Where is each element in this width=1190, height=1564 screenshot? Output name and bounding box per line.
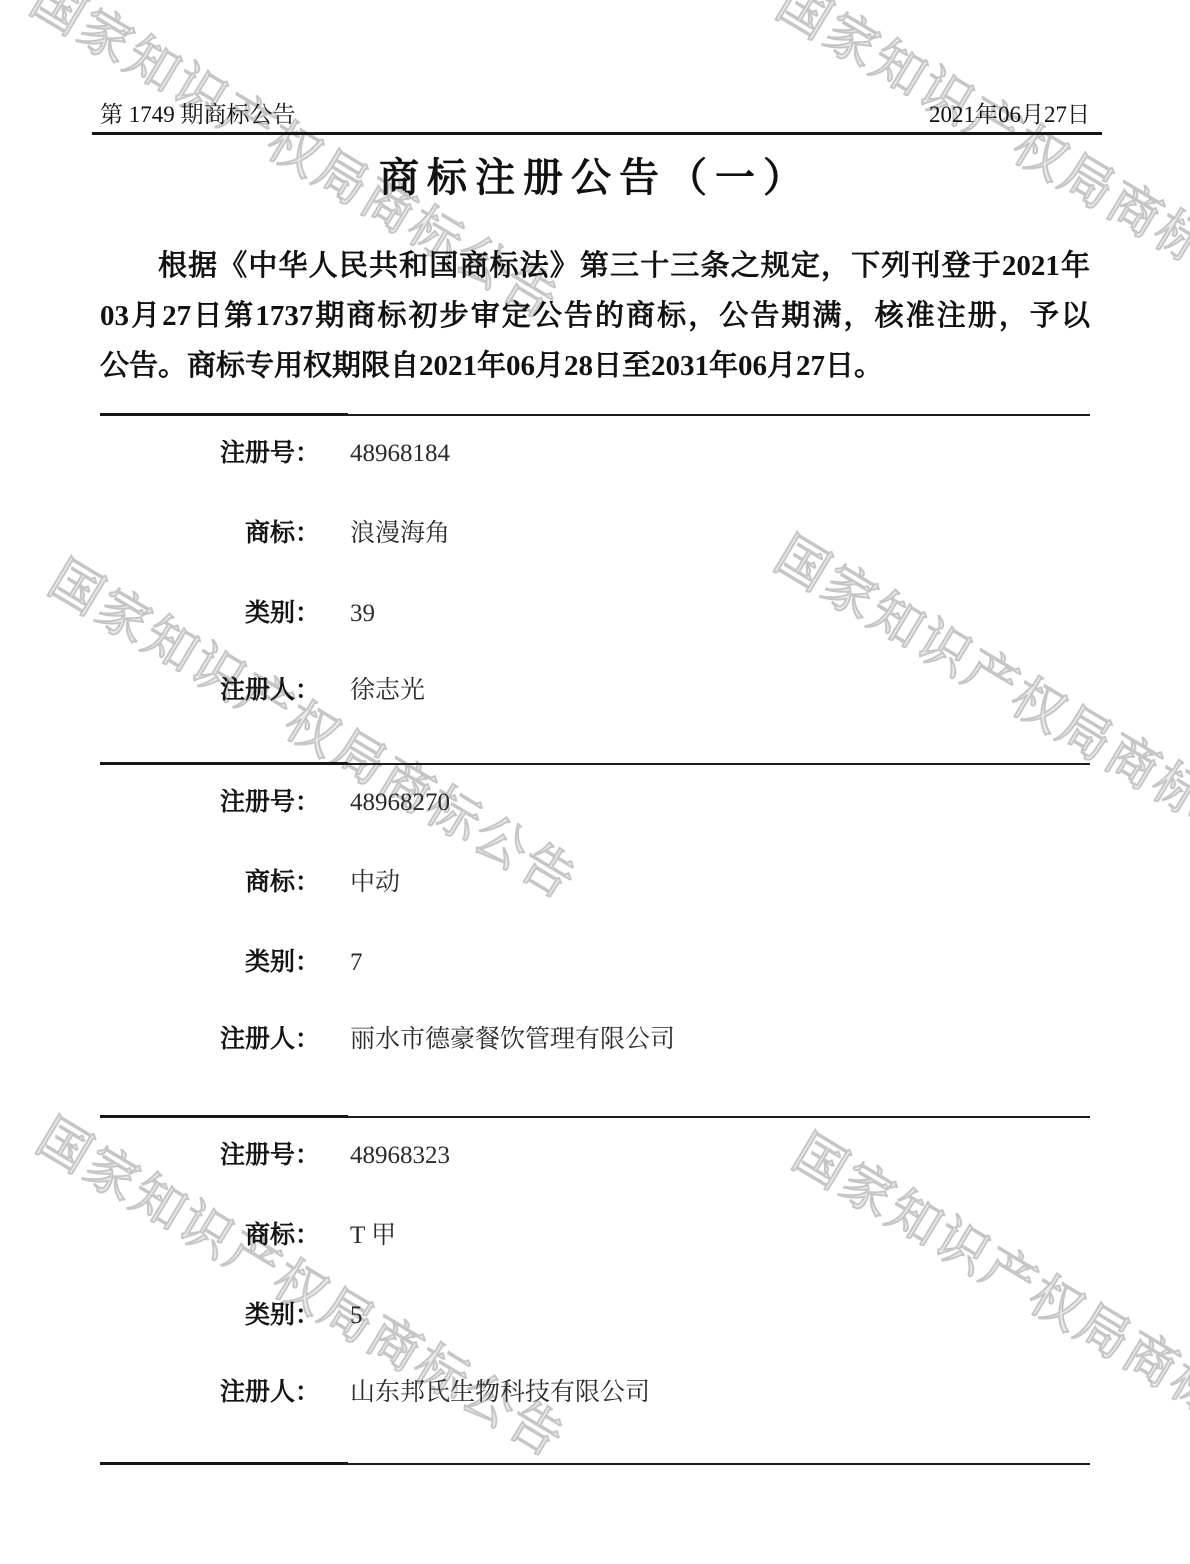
field-row-trademark: 商标： 浪漫海角 — [100, 513, 1090, 549]
field-row-trademark: 商标： 中动 — [100, 862, 1090, 898]
gazette-date: 2021年06月27日 — [929, 96, 1090, 129]
divider-segment — [344, 1463, 1090, 1465]
field-row-registration-number: 注册号： 48968184 — [100, 433, 1090, 469]
field-value: 丽水市德豪餐饮管理有限公司 — [350, 1019, 675, 1055]
header-rule — [92, 132, 1102, 135]
field-row-registrant: 注册人： 山东邦氏生物科技有限公司 — [100, 1372, 1090, 1408]
field-label: 注册号： — [100, 1135, 320, 1171]
field-row-class: 类别： 39 — [100, 593, 1090, 629]
divider-segment — [344, 414, 1090, 416]
divider-segment — [100, 413, 348, 416]
field-row-class: 类别： 7 — [100, 942, 1090, 978]
field-value: 山东邦氏生物科技有限公司 — [350, 1372, 650, 1408]
field-value: 7 — [350, 949, 363, 977]
gazette-issue-label: 第 1749 期商标公告 — [100, 96, 296, 129]
field-label: 注册号： — [100, 782, 320, 818]
divider-segment — [100, 1115, 348, 1118]
field-value: 5 — [350, 1302, 363, 1330]
divider-segment — [100, 1462, 348, 1465]
field-value: 48968270 — [350, 789, 450, 817]
intro-line: 公告。商标专用权期限自2021年06月28日至2031年06月27日。 — [100, 341, 1090, 391]
intro-line: 根据《中华人民共和国商标法》第三十三条之规定，下列刊登于2021年 — [100, 241, 1090, 291]
trademark-record: 注册号： 48968184 商标： 浪漫海角 类别： 39 注册人： 徐志光 — [100, 413, 1090, 762]
field-label: 注册人： — [100, 1372, 320, 1408]
field-label: 注册人： — [100, 670, 320, 706]
field-value: T 甲 — [350, 1215, 396, 1251]
field-value: 39 — [350, 600, 375, 628]
intro-line: 03月27日第1737期商标初步审定公告的商标，公告期满，核准注册，予以 — [100, 291, 1090, 341]
field-label: 类别： — [100, 942, 320, 978]
field-label: 商标： — [100, 1215, 320, 1251]
field-label: 类别： — [100, 593, 320, 629]
field-label: 商标： — [100, 862, 320, 898]
field-row-registration-number: 注册号： 48968270 — [100, 782, 1090, 818]
field-value: 中动 — [350, 862, 400, 898]
field-label: 商标： — [100, 513, 320, 549]
record-divider — [100, 1115, 1090, 1119]
trademark-record: 注册号： 48968323 商标： T 甲 类别： 5 注册人： 山东邦氏生物科… — [100, 1115, 1090, 1464]
divider-segment — [344, 763, 1090, 765]
field-value: 48968323 — [350, 1142, 450, 1170]
field-row-trademark: 商标： T 甲 — [100, 1215, 1090, 1251]
field-label: 注册号： — [100, 433, 320, 469]
field-value: 48968184 — [350, 440, 450, 468]
gazette-page: 国家知识产权局商标公告 国家知识产权局商标公告 国家知识产权局商标公告 国家知识… — [0, 0, 1190, 1564]
field-value: 浪漫海角 — [350, 513, 450, 549]
field-row-registrant: 注册人： 丽水市德豪餐饮管理有限公司 — [100, 1019, 1090, 1055]
field-label: 类别： — [100, 1295, 320, 1331]
field-value: 徐志光 — [350, 670, 425, 706]
field-row-class: 类别： 5 — [100, 1295, 1090, 1331]
field-label: 注册人： — [100, 1019, 320, 1055]
divider-segment — [100, 762, 348, 765]
trademark-record: 注册号： 48968270 商标： 中动 类别： 7 注册人： 丽水市德豪餐饮管… — [100, 762, 1090, 1111]
field-row-registration-number: 注册号： 48968323 — [100, 1135, 1090, 1171]
record-divider — [100, 762, 1090, 766]
page-title: 商标注册公告（一） — [0, 146, 1190, 203]
field-row-registrant: 注册人： 徐志光 — [100, 670, 1090, 706]
bottom-divider — [100, 1462, 1090, 1466]
intro-paragraph: 根据《中华人民共和国商标法》第三十三条之规定，下列刊登于2021年 03月27日… — [100, 241, 1090, 391]
record-divider — [100, 413, 1090, 417]
divider-segment — [344, 1116, 1090, 1118]
